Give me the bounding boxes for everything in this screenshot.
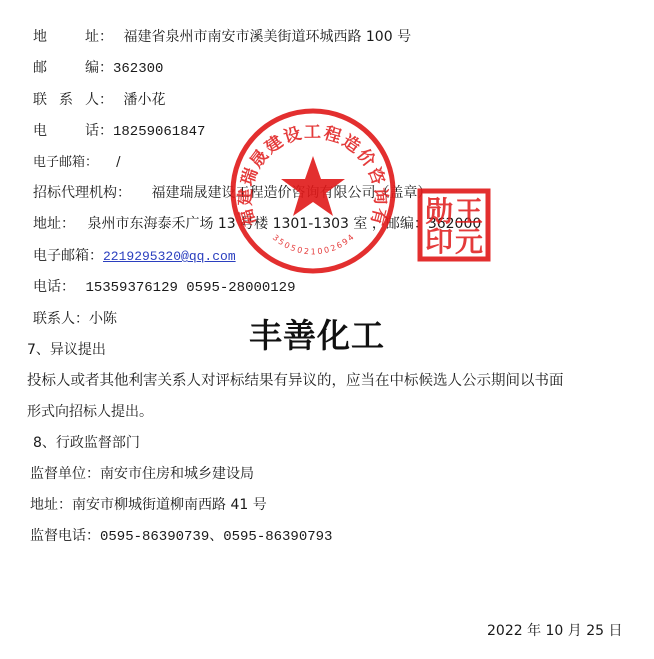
section7-body-line2: 形式向招标人提出。 [27, 403, 153, 421]
svg-text:福建瑞晟建设工程造价咨询有限公司: 福建瑞晟建设工程造价咨询有限公司 [228, 106, 391, 229]
agency-name: 福建瑞晟建设工程造价咨询有限公司（盖章） [151, 185, 431, 201]
agency-address-line: 地址： 泉州市东海泰禾广场 13 号楼 1301-1303 室 ，邮编：3620… [33, 215, 481, 233]
label: 地址： [30, 497, 72, 513]
tenderer-contact: 潘小花 [123, 92, 165, 108]
agency-contact-line: 联系人：小陈 [33, 310, 117, 328]
label: 电子邮箱： [33, 155, 98, 170]
section7-heading: 7、异议提出 [27, 341, 106, 359]
agency-email-link[interactable]: 2219295320@qq.com [103, 249, 236, 264]
label: 电 [33, 122, 85, 140]
tenderer-contact-line: 联系人： 潘小花 [33, 91, 165, 109]
label: 招标代理机构： [33, 185, 131, 201]
tenderer-phone-line: 电话：18259061847 [33, 122, 205, 141]
agency-address: 泉州市东海泰禾广场 13 号楼 1301-1303 室 ，邮编：362000 [87, 216, 481, 232]
agency-phone: 15359376129 0595-28000129 [85, 280, 295, 296]
label: 电话： [33, 279, 75, 295]
tenderer-postcode: 362300 [113, 61, 163, 77]
supervision-phone: 0595-86390739、0595-86390793 [100, 529, 332, 545]
supervision-phone-line: 监督电话：0595-86390739、0595-86390793 [30, 527, 332, 546]
tenderer-email-line: 电子邮箱： / [33, 154, 121, 172]
label: 话： [85, 123, 113, 139]
label: 地 [33, 28, 85, 46]
supervision-address-line: 地址：南安市柳城街道柳南西路 41 号 [30, 496, 267, 514]
section7-body-line1: 投标人或者其他利害关系人对评标结果有异议的，应当在中标候选人公示期间以书面 [27, 372, 564, 390]
label: 人： [85, 92, 113, 108]
tenderer-email: / [116, 155, 120, 170]
tenderer-phone: 18259061847 [113, 124, 205, 140]
agency-phone-line: 电话： 15359376129 0595-28000129 [33, 278, 296, 297]
document-date: 2022 年 10 月 25 日 [487, 622, 623, 640]
label: 监督电话： [30, 528, 100, 544]
svg-text:3505021002694: 3505021002694 [271, 233, 356, 257]
supervision-unit: 南安市住房和城乡建设局 [100, 466, 254, 482]
label: 址： [85, 29, 113, 45]
section8-heading: 8、行政监督部门 [33, 434, 140, 452]
tenderer-postcode-line: 邮编：362300 [33, 59, 163, 78]
supervision-unit-line: 监督单位：南安市住房和城乡建设局 [30, 465, 254, 483]
watermark-brand: 丰善化工 [249, 310, 385, 357]
label: 系 [59, 91, 85, 109]
label: 电子邮箱： [33, 248, 103, 264]
agency-contact: 小陈 [89, 311, 117, 327]
label: 联系人： [33, 311, 89, 327]
supervision-address: 南安市柳城街道柳南西路 41 号 [72, 497, 267, 513]
label: 编： [85, 60, 113, 76]
label: 邮 [33, 59, 85, 77]
tenderer-address: 福建省泉州市南安市溪美街道环城西路 100 号 [123, 29, 411, 45]
seal-arc-text: 福建瑞晟建设工程造价咨询有限公司 [228, 106, 391, 229]
label: 监督单位： [30, 466, 100, 482]
tenderer-address-line: 地址： 福建省泉州市南安市溪美街道环城西路 100 号 [33, 28, 411, 46]
label: 联 [33, 91, 59, 109]
agency-name-line: 招标代理机构： 福建瑞晟建设工程造价咨询有限公司（盖章） [33, 184, 431, 202]
agency-email-line: 电子邮箱：2219295320@qq.com [33, 247, 236, 266]
label: 地址： [33, 216, 75, 232]
seal-code-text: 3505021002694 [271, 233, 356, 257]
